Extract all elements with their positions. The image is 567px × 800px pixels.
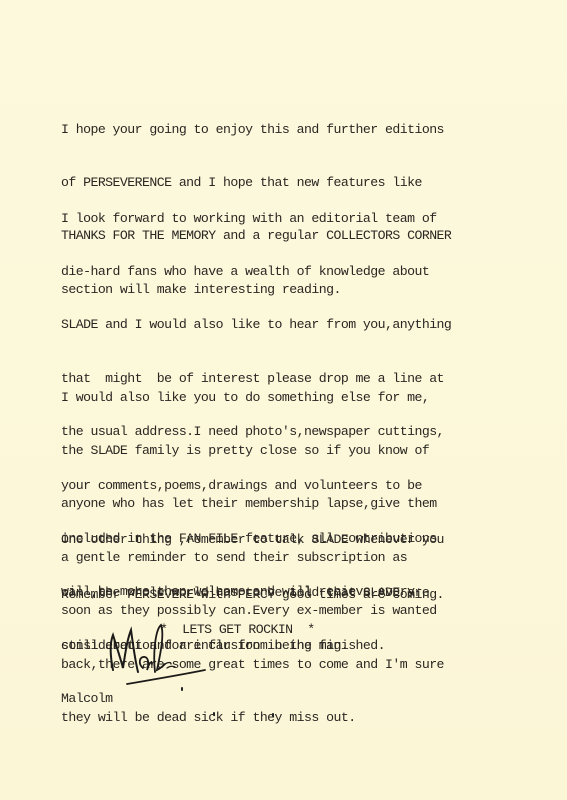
- text-line: SLADE and I would also like to hear from…: [61, 316, 451, 334]
- signature-name: Malcolm: [61, 691, 113, 706]
- ink-speck: [181, 687, 183, 691]
- text-line: they will be dead sick if they miss out.: [61, 709, 444, 727]
- text-line: the SLADE family is pretty close so if y…: [61, 442, 444, 460]
- handwritten-signature-icon: [105, 620, 215, 690]
- ink-speck: [213, 712, 215, 716]
- text-line: I hope your going to enjoy this and furt…: [61, 121, 451, 139]
- text-line: I look forward to working with an editor…: [61, 210, 451, 228]
- text-line: I would also like you to do something el…: [61, 389, 444, 407]
- letter-page: I hope your going to enjoy this and furt…: [0, 0, 567, 800]
- text-line: One other thing ,remember to talk SLADE …: [61, 531, 444, 549]
- text-line: die-hard fans who have a wealth of knowl…: [61, 263, 451, 281]
- ink-speck: [272, 713, 274, 717]
